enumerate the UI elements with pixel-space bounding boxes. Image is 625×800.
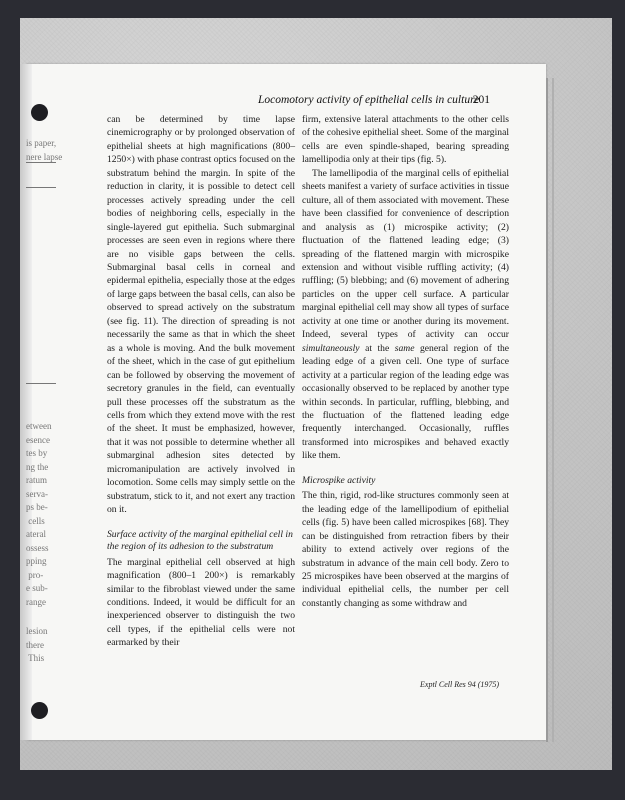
punch-hole-icon xyxy=(31,104,48,121)
running-header: Locomotory activity of epithelial cells … xyxy=(258,94,490,106)
right-column: firm, extensive lateral attachments to t… xyxy=(302,113,509,610)
paragraph: firm, extensive lateral attachments to t… xyxy=(302,113,509,167)
emphasis: same xyxy=(395,343,415,354)
punch-hole-icon xyxy=(31,702,48,719)
margin-rule xyxy=(26,162,56,163)
underlying-page-edge xyxy=(546,78,548,742)
running-title: Locomotory activity of epithelial cells … xyxy=(258,94,479,106)
previous-page-fragment: lesion there This xyxy=(26,625,48,666)
paragraph: The marginal epithelial cell observed at… xyxy=(107,556,295,650)
left-column: can be determined by time lapse cinemicr… xyxy=(107,113,295,650)
margin-rule xyxy=(26,187,56,188)
section-subheading: Microspike activity xyxy=(302,475,509,488)
page-number: 201 xyxy=(473,94,490,106)
journal-citation: Exptl Cell Res 94 (1975) xyxy=(420,680,499,689)
underlying-page-edge xyxy=(552,78,554,742)
paragraph: The thin, rigid, rod-like structures com… xyxy=(302,489,509,610)
paragraph: can be determined by time lapse cinemicr… xyxy=(107,113,295,517)
section-subheading: Surface activity of the marginal epithel… xyxy=(107,529,295,554)
margin-rule xyxy=(26,383,56,384)
previous-page-fragment: etween esence tes by ng the ratum serva-… xyxy=(26,420,51,609)
emphasis: simultaneously xyxy=(302,343,360,354)
paragraph: The lamellipodia of the marginal cells o… xyxy=(302,167,509,463)
previous-page-fragment: is paper, nere lapse xyxy=(26,137,62,164)
